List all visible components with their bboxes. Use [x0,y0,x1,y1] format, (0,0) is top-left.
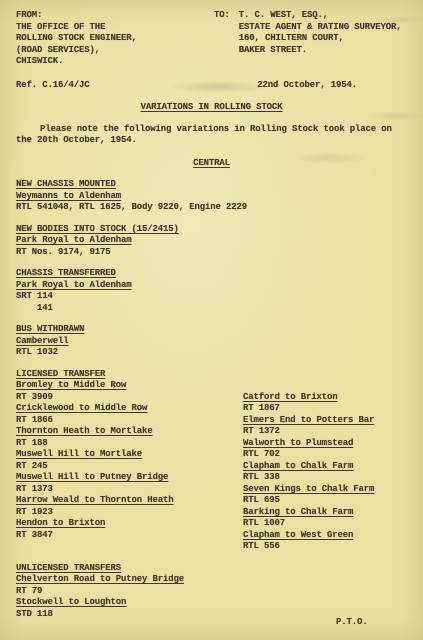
letter-date: 22nd October, 1954. [257,80,357,92]
licensed-transfer-left-column: Bromley to Middle Row RT 3909 Cricklewoo… [16,380,243,553]
section-unlicensed-transfers: UNLICENSED TRANSFERS Chelverton Road to … [16,563,407,621]
transfer-route: Hendon to Brixton [16,518,243,530]
from-label: FROM: [16,10,214,22]
to-line: BAKER STREET. [239,45,402,57]
transfer-entry: Elmers End to Potters Bar RT 1372 [243,415,407,438]
transfer-entry: Catford to Brixton RT 1867 [243,392,407,415]
to-address-lines: T. C. WEST, ESQ., ESTATE AGENT & RATING … [239,10,402,68]
transfer-vehicle: RT 3847 [16,530,243,542]
to-name: T. C. WEST, ESQ., [239,10,402,22]
transfer-vehicle: RT 188 [16,438,243,450]
transfer-route: Clapham to West Green [243,530,407,542]
transfer-entry: Thornton Heath to Mortlake RT 188 [16,426,243,449]
from-line: (ROAD SERVICES), [16,45,214,57]
section-new-bodies-into-stock: NEW BODIES INTO STOCK (15/2415) Park Roy… [16,224,407,259]
transfer-entry: Barking to Chalk Farm RTL 1007 [243,507,407,530]
transfer-entry: Cricklewood to Middle Row RT 1866 [16,403,243,426]
transfer-vehicle: RT 79 [16,586,407,598]
transfer-vehicle: RT 1372 [243,426,407,438]
please-turn-over: P.T.O. [336,617,368,629]
transfer-entry: Seven Kings to Chalk Farm RTL 695 [243,484,407,507]
transfer-vehicle: RT 245 [16,461,243,473]
from-address-block: FROM: THE OFFICE OF THE ROLLING STOCK EN… [16,10,214,68]
memo-document: FROM: THE OFFICE OF THE ROLLING STOCK EN… [0,0,423,640]
section-route: Park Royal to Aldenham [16,280,407,292]
licensed-transfer-right-column: Catford to Brixton RT 1867 Elmers End to… [243,380,407,553]
transfer-route: Seven Kings to Chalk Farm [243,484,407,496]
section-heading: BUS WITHDRAWN [16,324,407,336]
section-route: Camberwell [16,336,407,348]
section-detail: SRT 114 [16,291,407,303]
section-chassis-transferred: CHASSIS TRANSFERRED Park Royal to Aldenh… [16,268,407,314]
section-heading: CHASSIS TRANSFERRED [16,268,407,280]
section-bus-withdrawn: BUS WITHDRAWN Camberwell RTL 1032 [16,324,407,359]
section-route: Park Royal to Aldenham [16,235,407,247]
reference-number: Ref. C.16/4/JC [16,80,90,92]
transfer-vehicle: RTL 702 [243,449,407,461]
section-detail: RTL 541048, RTL 1625, Body 9220, Engine … [16,202,407,214]
to-line: ESTATE AGENT & RATING SURVEYOR, [239,22,402,34]
transfer-vehicle: RTL 338 [243,472,407,484]
transfer-entry: Bromley to Middle Row RT 3909 [16,380,243,403]
transfer-route: Bromley to Middle Row [16,380,243,392]
reference-row: Ref. C.16/4/JC 22nd October, 1954. [16,80,407,92]
transfer-route: Chelverton Road to Putney Bridge [16,574,407,586]
transfer-entry: Chelverton Road to Putney Bridge RT 79 [16,574,407,597]
transfer-route: Harrow Weald to Thornton Heath [16,495,243,507]
transfer-vehicle: RT 3909 [16,392,243,404]
from-line: ROLLING STOCK ENGINEER, [16,33,214,45]
transfer-route: Cricklewood to Middle Row [16,403,243,415]
to-label: TO: [214,10,230,68]
transfer-entry: Clapham to Chalk Farm RTL 338 [243,461,407,484]
section-heading: NEW CHASSIS MOUNTED [16,179,407,191]
intro-paragraph: Please note the following variations in … [16,124,407,147]
section-licensed-transfer: LICENSED TRANSFER Bromley to Middle Row … [16,369,407,553]
transfer-route: Clapham to Chalk Farm [243,461,407,473]
region-heading: CENTRAL [193,158,230,168]
section-route: Weymanns to Aldenham [16,191,407,203]
from-line: THE OFFICE OF THE [16,22,214,34]
to-line: 160, CHILTERN COURT, [239,33,402,45]
transfer-route: Catford to Brixton [243,392,407,404]
section-detail: RTL 1032 [16,347,407,359]
transfer-vehicle: RT 1867 [243,403,407,415]
transfer-vehicle: RT 1866 [16,415,243,427]
licensed-transfer-columns: Bromley to Middle Row RT 3909 Cricklewoo… [16,380,407,553]
transfer-vehicle: RTL 556 [243,541,407,553]
transfer-entry: Muswell Hill to Mortlake RT 245 [16,449,243,472]
transfer-entry: Walworth to Plumstead RTL 702 [243,438,407,461]
from-line: CHISWICK. [16,56,214,68]
transfer-route: Walworth to Plumstead [243,438,407,450]
transfer-route: Muswell Hill to Mortlake [16,449,243,461]
to-address-block: TO: T. C. WEST, ESQ., ESTATE AGENT & RAT… [214,10,402,68]
transfer-entry: Muswell Hill to Putney Bridge RT 1373 [16,472,243,495]
transfer-route: Stockwell to Loughton [16,597,407,609]
letter-header: FROM: THE OFFICE OF THE ROLLING STOCK EN… [16,10,407,68]
transfer-route: Elmers End to Potters Bar [243,415,407,427]
title-row: VARIATIONS IN ROLLING STOCK [16,102,407,114]
section-new-chassis-mounted: NEW CHASSIS MOUNTED Weymanns to Aldenham… [16,179,407,214]
transfer-route: Thornton Heath to Mortlake [16,426,243,438]
transfer-route: Muswell Hill to Putney Bridge [16,472,243,484]
transfer-vehicle: RTL 695 [243,495,407,507]
transfer-vehicle: RT 1373 [16,484,243,496]
transfer-entry: Hendon to Brixton RT 3847 [16,518,243,541]
section-detail: RT Nos. 9174, 9175 [16,247,407,259]
section-detail: 141 [16,303,407,315]
section-heading: NEW BODIES INTO STOCK (15/2415) [16,224,407,236]
transfer-entry: Harrow Weald to Thornton Heath RT 1923 [16,495,243,518]
section-heading: UNLICENSED TRANSFERS [16,563,407,575]
region-heading-row: CENTRAL [16,158,407,170]
transfer-vehicle: RTL 1007 [243,518,407,530]
section-heading: LICENSED TRANSFER [16,369,407,381]
transfer-route: Barking to Chalk Farm [243,507,407,519]
transfer-vehicle: RT 1923 [16,507,243,519]
document-title: VARIATIONS IN ROLLING STOCK [141,102,283,112]
transfer-entry: Clapham to West Green RTL 556 [243,530,407,553]
